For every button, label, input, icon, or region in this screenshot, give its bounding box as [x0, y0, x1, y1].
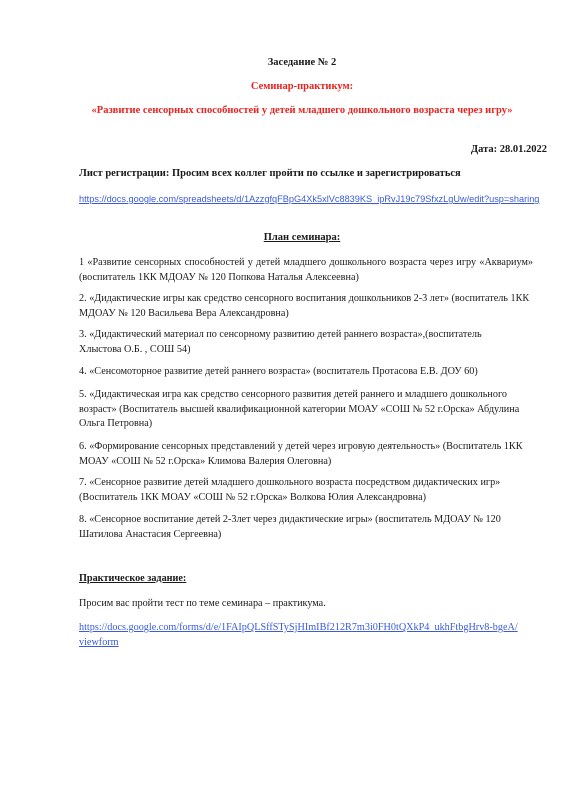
practice-title: Практическое задание:: [79, 573, 186, 584]
practice-text: Просим вас пройти тест по теме семинара …: [79, 598, 326, 609]
plan-item: 6. «Формирование сенсорных представлений…: [79, 440, 524, 469]
plan-item: 2. «Дидактические игры как средство сенс…: [79, 292, 533, 321]
seminar-type: Семинар-практикум:: [79, 81, 525, 92]
seminar-topic: «Развитие сенсорных способностей у детей…: [73, 104, 531, 118]
plan-title: План семинара:: [79, 232, 525, 243]
meeting-title: Заседание № 2: [79, 57, 525, 68]
plan-item: 8. «Сенсорное воспитание детей 2-3лет че…: [79, 513, 534, 542]
registration-link[interactable]: https://docs.google.com/spreadsheets/d/1…: [79, 192, 549, 206]
plan-item: 4. «Сенсомоторное развитие детей раннего…: [79, 365, 533, 380]
plan-item: 5. «Дидактическая игра как средство сенс…: [79, 388, 529, 432]
seminar-date: Дата: 28.01.2022: [471, 144, 547, 155]
registration-text: Лист регистрации: Просим всех коллег про…: [79, 168, 461, 179]
plan-item: 1 «Развитие сенсорных способностей у дет…: [79, 256, 533, 285]
plan-item: 7. «Сенсорное развитие детей младшего до…: [79, 476, 529, 505]
plan-item: 3. «Дидактический материал по сенсорному…: [79, 328, 519, 357]
test-form-link[interactable]: https://docs.google.com/forms/d/e/1FAIpQ…: [79, 621, 519, 650]
